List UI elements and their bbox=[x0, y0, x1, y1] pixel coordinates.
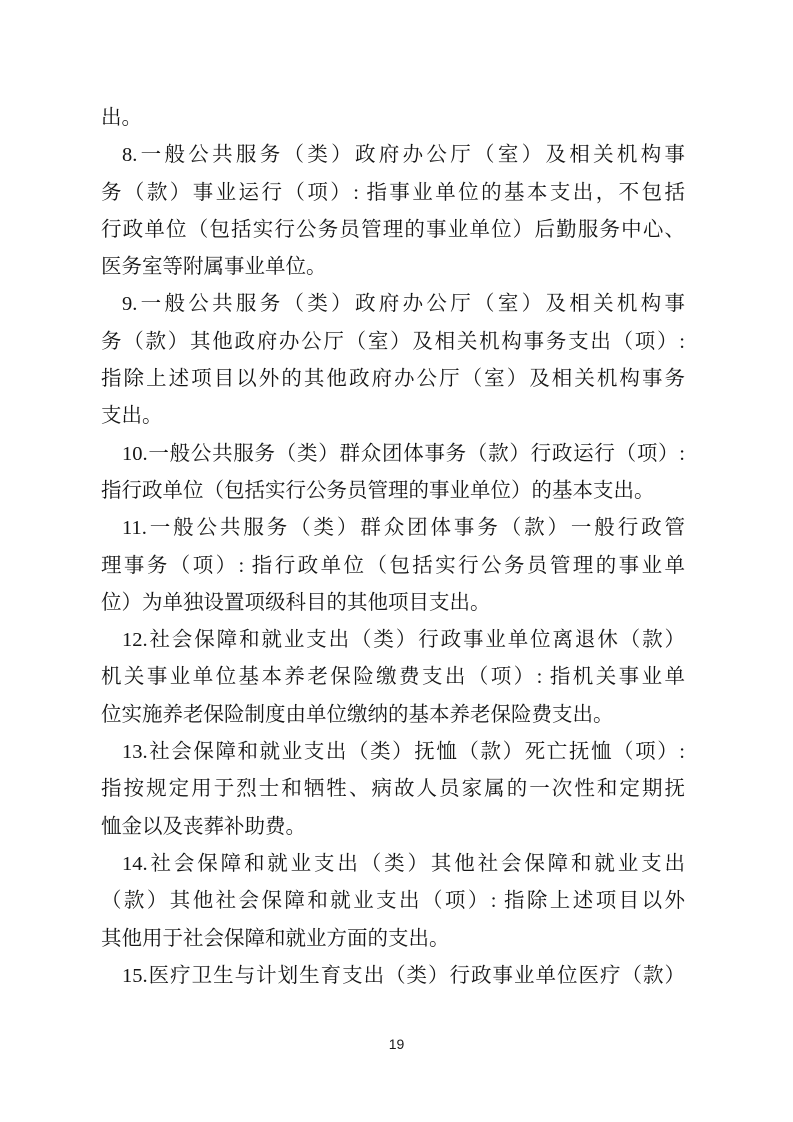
paragraph-15: 15.医疗卫生与计划生育支出（类）行政事业单位医疗（款） bbox=[101, 958, 685, 995]
text-line: 出。 bbox=[101, 100, 685, 137]
text-line: 10.一般公共服务（类）群众团体事务（款）行政运行（项）: bbox=[101, 436, 685, 473]
text-line: （款）其他社会保障和就业支出（项）: 指除上述项目以外 bbox=[101, 883, 685, 920]
text-line: 位实施养老保险制度由单位缴纳的基本养老保险费支出。 bbox=[101, 697, 685, 734]
paragraph-10: 10.一般公共服务（类）群众团体事务（款）行政运行（项）: 指行政单位（包括实行… bbox=[101, 436, 685, 511]
paragraph-13: 13.社会保障和就业支出（类）抚恤（款）死亡抚恤（项）: 指按规定用于烈士和牺牲… bbox=[101, 734, 685, 846]
paragraph-14: 14.社会保障和就业支出（类）其他社会保障和就业支出 （款）其他社会保障和就业支… bbox=[101, 846, 685, 958]
paragraph-9: 9.一般公共服务（类）政府办公厅（室）及相关机构事 务（款）其他政府办公厅（室）… bbox=[101, 286, 685, 435]
text-line: 理事务（项）: 指行政单位（包括实行公务员管理的事业单 bbox=[101, 548, 685, 585]
text-line: 行政单位（包括实行公务员管理的事业单位）后勤服务中心、 bbox=[101, 212, 685, 249]
text-line: 9.一般公共服务（类）政府办公厅（室）及相关机构事 bbox=[101, 286, 685, 323]
text-line: 指按规定用于烈士和牺牲、病故人员家属的一次性和定期抚 bbox=[101, 771, 685, 808]
paragraph-11: 11.一般公共服务（类）群众团体事务（款）一般行政管 理事务（项）: 指行政单位… bbox=[101, 510, 685, 622]
text-line: 12.社会保障和就业支出（类）行政事业单位离退休（款） bbox=[101, 622, 685, 659]
text-line: 8.一般公共服务（类）政府办公厅（室）及相关机构事 bbox=[101, 137, 685, 174]
paragraph-continuation: 出。 bbox=[101, 100, 685, 137]
text-line: 医务室等附属事业单位。 bbox=[101, 249, 685, 286]
text-line: 13.社会保障和就业支出（类）抚恤（款）死亡抚恤（项）: bbox=[101, 734, 685, 771]
text-line: 位）为单独设置项级科目的其他项目支出。 bbox=[101, 585, 685, 622]
page-number: 19 bbox=[389, 1036, 405, 1052]
text-line: 支出。 bbox=[101, 398, 685, 435]
text-line: 机关事业单位基本养老保险缴费支出（项）: 指机关事业单 bbox=[101, 659, 685, 696]
text-line: 其他用于社会保障和就业方面的支出。 bbox=[101, 921, 685, 958]
text-line: 15.医疗卫生与计划生育支出（类）行政事业单位医疗（款） bbox=[101, 958, 685, 995]
text-line: 恤金以及丧葬补助费。 bbox=[101, 809, 685, 846]
text-line: 14.社会保障和就业支出（类）其他社会保障和就业支出 bbox=[101, 846, 685, 883]
text-line: 指除上述项目以外的其他政府办公厅（室）及相关机构事务 bbox=[101, 361, 685, 398]
text-line: 务（款）事业运行（项）: 指事业单位的基本支出，不包括 bbox=[101, 175, 685, 212]
page-footer: 19 bbox=[0, 1036, 793, 1052]
document-page: 出。 8.一般公共服务（类）政府办公厅（室）及相关机构事 务（款）事业运行（项）… bbox=[0, 0, 793, 1122]
text-line: 指行政单位（包括实行公务员管理的事业单位）的基本支出。 bbox=[101, 473, 685, 510]
text-line: 务（款）其他政府办公厅（室）及相关机构事务支出（项）: bbox=[101, 324, 685, 361]
paragraph-12: 12.社会保障和就业支出（类）行政事业单位离退休（款） 机关事业单位基本养老保险… bbox=[101, 622, 685, 734]
text-line: 11.一般公共服务（类）群众团体事务（款）一般行政管 bbox=[101, 510, 685, 547]
document-body: 出。 8.一般公共服务（类）政府办公厅（室）及相关机构事 务（款）事业运行（项）… bbox=[101, 100, 685, 995]
paragraph-8: 8.一般公共服务（类）政府办公厅（室）及相关机构事 务（款）事业运行（项）: 指… bbox=[101, 137, 685, 286]
